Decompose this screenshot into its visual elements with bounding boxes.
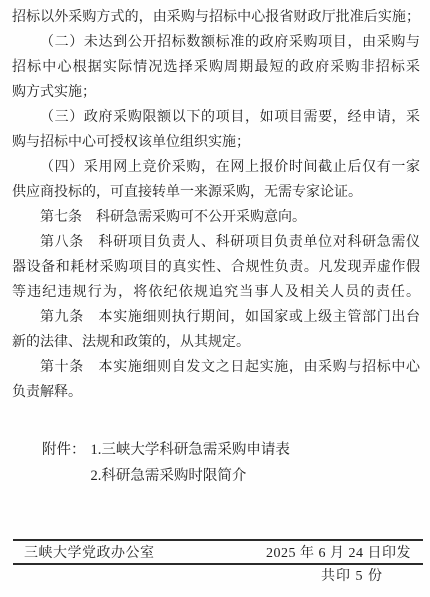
attachment-item: 1.三峡大学科研急需采购申请表 <box>91 437 290 463</box>
body-line: 第八条 科研项目负责人、科研项目负责单位对科研急需仪 <box>12 230 420 255</box>
body-line: 第九条 本实施细则执行期间，如国家或上级主管部门出台 <box>12 305 420 330</box>
page-footer: 三峡大学党政办公室 2025 年 6 月 24 日印发 共印 5 份 <box>13 539 423 589</box>
attachment-item: 2.科研急需采购时限简介 <box>91 463 290 489</box>
body-line: 购方式实施； <box>12 80 420 105</box>
body-line: 招标中心根据实际情况选择采购周期最短的政府采购非招标采 <box>12 55 420 80</box>
print-date: 2025 年 6 月 24 日印发 <box>266 542 411 562</box>
body-line: （二）未达到公开招标数额标准的政府采购项目，由采购与 <box>12 30 420 55</box>
copies-count: 共印 5 份 <box>321 569 383 584</box>
attachment-label: 附件： <box>42 437 86 463</box>
body-line: 等违纪违规行为，将依纪依规追究当事人及相关人员的责任。 <box>12 280 420 305</box>
body-line: （四）采用网上竞价采购，在网上报价时间截止后仅有一家 <box>12 155 420 180</box>
body-line: 招标以外采购方式的，由采购与招标中心报省财政厅批准后实施； <box>12 5 420 30</box>
attachment-block: 附件： 1.三峡大学科研急需采购申请表2.科研急需采购时限简介 <box>42 437 290 489</box>
body-line: 供应商投标的，可直接转单一来源采购，无需专家论证。 <box>12 180 420 205</box>
copies-row: 共印 5 份 <box>13 565 423 589</box>
body-line: 第七条 科研急需采购可不公开采购意向。 <box>12 205 420 230</box>
body-line: 器设备和耗材采购项目的真实性、合规性负责。凡发现弄虚作假 <box>12 255 420 280</box>
body-line: 第十条 本实施细则自发文之日起实施，由采购与招标中心 <box>12 355 420 380</box>
issuing-office: 三峡大学党政办公室 <box>24 542 155 562</box>
document-page: 招标以外采购方式的，由采购与招标中心报省财政厅批准后实施；（二）未达到公开招标数… <box>0 0 430 597</box>
body-line: （三）政府采购限额以下的项目，如项目需要，经申请，采 <box>12 105 420 130</box>
body-line: 新的法律、法规和政策的，从其规定。 <box>12 330 420 355</box>
footer-issuance-row: 三峡大学党政办公室 2025 年 6 月 24 日印发 <box>13 541 423 563</box>
body-line: 购与招标中心可授权该单位组织实施； <box>12 130 420 155</box>
attachment-list: 1.三峡大学科研急需采购申请表2.科研急需采购时限简介 <box>91 437 290 489</box>
body-line: 负责解释。 <box>12 380 420 405</box>
document-body: 招标以外采购方式的，由采购与招标中心报省财政厅批准后实施；（二）未达到公开招标数… <box>12 5 420 405</box>
